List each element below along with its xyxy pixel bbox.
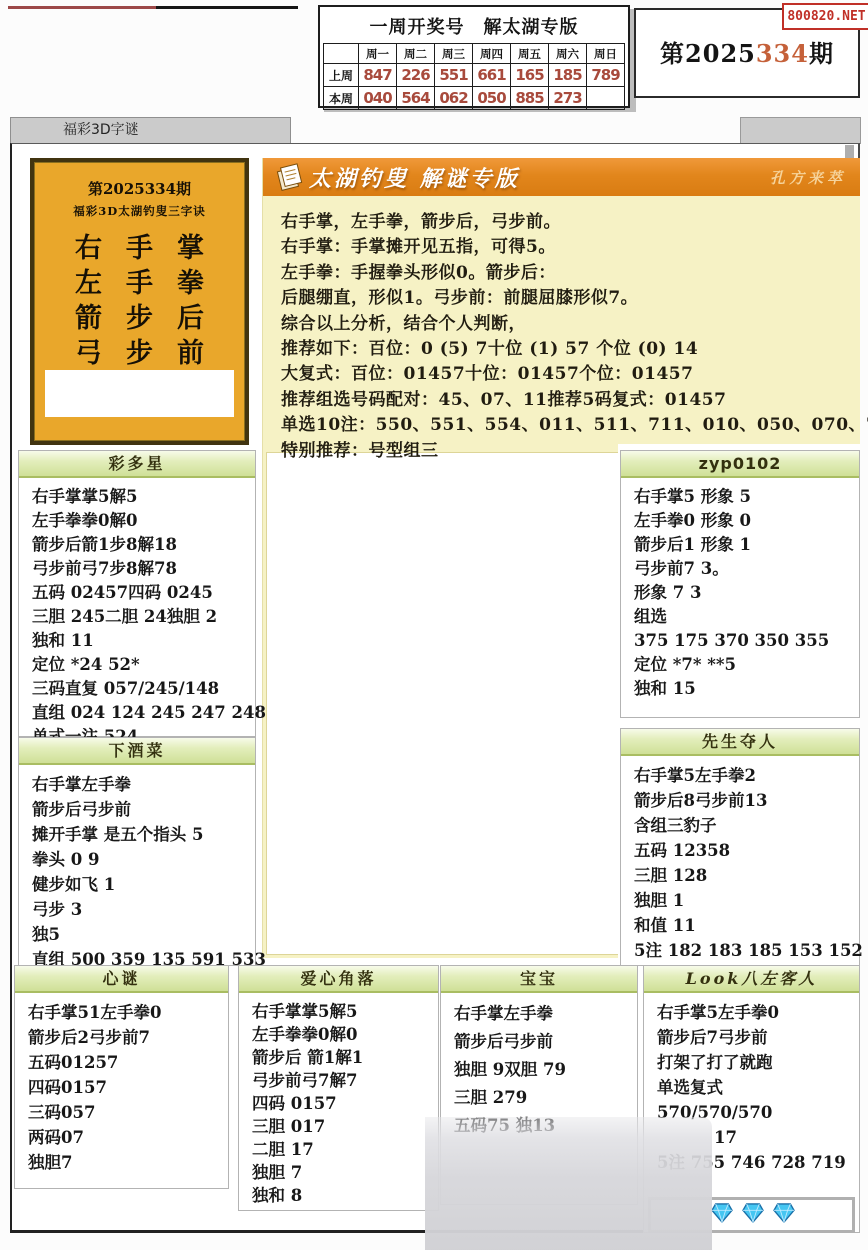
draw-number: 789 <box>587 64 625 87</box>
tab-fucai-3d-zimi[interactable]: 福彩3D字谜 <box>10 117 291 144</box>
panel-xiajiucai: 下酒菜 右手掌左手拳 箭步后弓步前 摊开手掌 是五个指头 5 拳头 0 9 健步… <box>18 737 256 966</box>
draw-number: 040 <box>359 87 397 110</box>
panel-line: 独胆 1 <box>634 888 856 913</box>
issue-number: 第2025334期 <box>636 34 858 69</box>
panel-line: 箭步后弓步前 <box>32 797 252 822</box>
panel-line: 17 <box>714 1125 856 1150</box>
verse-line: 左手拳 <box>34 266 245 301</box>
panel-line: 375 175 370 350 355 <box>634 629 856 653</box>
panel-line: 独5 <box>32 922 252 947</box>
draw-number: 847 <box>359 64 397 87</box>
col-header: 周四 <box>473 44 511 64</box>
issue-prefix: 第2025 <box>660 39 756 68</box>
panel-line: 二胆 17 <box>252 1138 435 1161</box>
panel-line: 弓步前弓7解7 <box>252 1069 435 1092</box>
panel-zyp0102: zyp0102 右手掌5 形象 5 左手拳0 形象 0 箭步后1 形象 1 弓步… <box>620 450 860 718</box>
panel-line: 五码 12358 <box>634 838 856 863</box>
panel-line: 打架了打了就跑 <box>657 1050 856 1075</box>
panel-title: Look八左客人 <box>644 966 859 993</box>
panel-line: 三码057 <box>28 1100 225 1125</box>
panel-line: 右手掌5左手拳0 <box>657 1000 856 1025</box>
panel-line: 单选复式 <box>657 1075 856 1100</box>
analysis-text: 右手掌，左手拳，箭步后，弓步前。 右手掌：手掌摊开见五指，可得5。 左手拳：手握… <box>281 210 857 464</box>
panel-line: 箭步后箭1步8解18 <box>32 533 252 557</box>
panel-line: 形象 7 3 <box>634 581 856 605</box>
analysis-line: 左手拳：手握拳头形似0。箭步后： <box>281 261 857 286</box>
draw-number: 273 <box>549 87 587 110</box>
blank-white-box <box>45 370 234 417</box>
panel-line: 独胆 9双胆 79 <box>454 1056 634 1084</box>
row-label: 本周 <box>324 87 359 110</box>
col-header: 周三 <box>435 44 473 64</box>
panel-line: 箭步后7弓步前 <box>657 1025 856 1050</box>
panel-line: 三码直复 057/245/148 <box>32 677 252 701</box>
panel-line: 四码0157 <box>28 1075 225 1100</box>
panel-line: 弓步前7 3。 <box>634 557 856 581</box>
panel-title: 心谜 <box>15 966 228 993</box>
analysis-line: 右手掌：手掌摊开见五指，可得5。 <box>281 235 857 260</box>
col-header: 周二 <box>397 44 435 64</box>
analysis-line: 单选10注：550、551、554、011、511、711、010、050、07… <box>281 413 857 438</box>
col-header: 周五 <box>511 44 549 64</box>
golden-period: 第2025334期 <box>34 178 245 199</box>
verse-line: 箭步后 <box>34 301 245 336</box>
panel-line: 五码01257 <box>28 1050 225 1075</box>
panel-line: 右手掌左手拳 <box>454 1000 634 1028</box>
draw-number: 185 <box>549 64 587 87</box>
panel-line: 摊开手掌 是五个指头 5 <box>32 822 252 847</box>
panel-line: 右手掌掌5解5 <box>252 1000 435 1023</box>
panel-line: 弓步前弓7步8解78 <box>32 557 252 581</box>
panel-line: 三胆 245二胆 24独胆 2 <box>32 605 252 629</box>
weekly-results-box: 一周开奖号 解太湖专版 周一 周二 周三 周四 周五 周六 周日 上周 847 … <box>318 5 630 108</box>
panel-line: 箭步后2弓步前7 <box>28 1025 225 1050</box>
golden-subtitle: 福彩3D太湖钓叟三字诀 <box>34 203 245 219</box>
top-divider-black <box>156 6 298 9</box>
col-header: 周日 <box>587 44 625 64</box>
panel-title: 爱心角落 <box>239 966 438 993</box>
col-header: 周六 <box>549 44 587 64</box>
panel-line: 右手掌5 形象 5 <box>634 485 856 509</box>
panel-line: 右手掌51左手拳0 <box>28 1000 225 1025</box>
panel-xiansheng: 先生夺人 右手掌5左手拳2 箭步后8弓步前13 含组三豹子 五码 12358 三… <box>620 728 860 966</box>
panel-line: 和值 11 <box>634 913 856 938</box>
panel-line: 健步如飞 1 <box>32 872 252 897</box>
page: 一周开奖号 解太湖专版 周一 周二 周三 周四 周五 周六 周日 上周 847 … <box>0 0 868 1250</box>
panel-line: 独胆7 <box>28 1150 225 1175</box>
diamond-icon <box>742 1203 764 1227</box>
analysis-line: 推荐组选号码配对：45、07、11推荐5码复式：01457 <box>281 388 857 413</box>
panel-line: 箭步后 箭1解1 <box>252 1046 435 1069</box>
panel-line: 组选 <box>634 605 856 629</box>
document-icon <box>275 162 305 196</box>
panel-title: zyp0102 <box>621 451 859 478</box>
panel-line: 右手掌掌5解5 <box>32 485 252 509</box>
draw-number: 551 <box>435 64 473 87</box>
panel-line: 两码07 <box>28 1125 225 1150</box>
panel-line: 五码 02457四码 0245 <box>32 581 252 605</box>
panel-line: 独和 15 <box>634 677 856 701</box>
row-label: 上周 <box>324 64 359 87</box>
draw-number: 661 <box>473 64 511 87</box>
analysis-line: 综合以上分析，结合个人判断， <box>281 312 857 337</box>
table-corner-cell <box>324 44 359 64</box>
panel-line: 右手掌5左手拳2 <box>634 763 856 788</box>
issue-suffix: 期 <box>809 39 834 68</box>
panel-aixin: 爱心角落 右手掌掌5解5 左手拳拳0解0 箭步后 箭1解1 弓步前弓7解7 四码… <box>238 965 439 1211</box>
top-divider-red <box>8 6 156 9</box>
weekly-results-title: 一周开奖号 解太湖专版 <box>320 13 628 39</box>
empty-content-box <box>266 452 621 955</box>
panel-title: 宝宝 <box>441 966 637 993</box>
draw-number: 165 <box>511 64 549 87</box>
golden-riddle-box: 第2025334期 福彩3D太湖钓叟三字诀 右手掌 左手拳 箭步后 弓步前 <box>30 158 249 445</box>
panel-line: 三胆 279 <box>454 1084 634 1112</box>
panel-line: 三胆 017 <box>252 1115 435 1138</box>
golden-verse: 右手掌 左手拳 箭步后 弓步前 <box>34 231 245 371</box>
panel-line: 5注 182 183 185 153 152 <box>634 938 856 963</box>
analysis-header: 太湖钓叟 解谜专版 孔方来萃 <box>263 158 860 196</box>
panel-title: 下酒菜 <box>19 738 255 765</box>
diamond-icon <box>773 1203 795 1227</box>
panel-line: 弓步 3 <box>32 897 252 922</box>
panel-line: 定位 *7* **5 <box>634 653 856 677</box>
panel-line: 定位 *24 52* <box>32 653 252 677</box>
panel-line: 箭步后8弓步前13 <box>634 788 856 813</box>
panel-line: 独和 8 <box>252 1184 435 1207</box>
analysis-title: 太湖钓叟 解谜专版 <box>309 162 520 193</box>
diamond-icon <box>711 1203 733 1227</box>
draw-number <box>587 87 625 110</box>
analysis-line: 推荐如下：百位：0 (5) 7十位 (1) 57 个位 (0) 14 <box>281 337 857 362</box>
draw-number: 885 <box>511 87 549 110</box>
issue-value: 334 <box>756 39 809 68</box>
analysis-line: 大复式：百位：01457十位：01457个位：01457 <box>281 362 857 387</box>
panel-line: 四码 0157 <box>252 1092 435 1115</box>
analysis-line: 右手掌，左手拳，箭步后，弓步前。 <box>281 210 857 235</box>
panel-title: 先生夺人 <box>621 729 859 756</box>
site-badge[interactable]: 800820.NET <box>782 3 868 30</box>
panel-line: 独胆 7 <box>252 1161 435 1184</box>
panel-line: 三胆 128 <box>634 863 856 888</box>
panel-xinmi: 心谜 右手掌51左手拳0 箭步后2弓步前7 五码01257 四码0157 三码0… <box>14 965 229 1189</box>
analysis-corner-text: 孔方来萃 <box>770 167 846 188</box>
analysis-line: 后腿绷直，形似1。弓步前：前腿屈膝形似7。 <box>281 286 857 311</box>
panel-line: 左手拳拳0解0 <box>32 509 252 533</box>
panel-line: 左手拳拳0解0 <box>252 1023 435 1046</box>
verse-line: 右手掌 <box>34 231 245 266</box>
weekly-results-table: 周一 周二 周三 周四 周五 周六 周日 上周 847 226 551 661 … <box>323 43 625 110</box>
draw-number: 062 <box>435 87 473 110</box>
draw-number: 226 <box>397 64 435 87</box>
panel-line: 箭步后弓步前 <box>454 1028 634 1056</box>
panel-line: 直组 024 124 245 247 248 <box>32 701 252 725</box>
top-right-gray-bar <box>740 117 861 144</box>
panel-line: 右手掌左手拳 <box>32 772 252 797</box>
panel-line: 箭步后1 形象 1 <box>634 533 856 557</box>
panel-line: 左手拳0 形象 0 <box>634 509 856 533</box>
panel-title: 彩多星 <box>19 451 255 478</box>
verse-line: 弓步前 <box>34 336 245 371</box>
draw-number: 050 <box>473 87 511 110</box>
panel-line: 拳头 0 9 <box>32 847 252 872</box>
panel-line: 含组三豹子 <box>634 813 856 838</box>
draw-number: 564 <box>397 87 435 110</box>
panel-caiduoxing: 彩多星 右手掌掌5解5 左手拳拳0解0 箭步后箭1步8解18 弓步前弓7步8解7… <box>18 450 256 737</box>
col-header: 周一 <box>359 44 397 64</box>
blur-overlay <box>425 1117 712 1250</box>
panel-line: 独和 11 <box>32 629 252 653</box>
